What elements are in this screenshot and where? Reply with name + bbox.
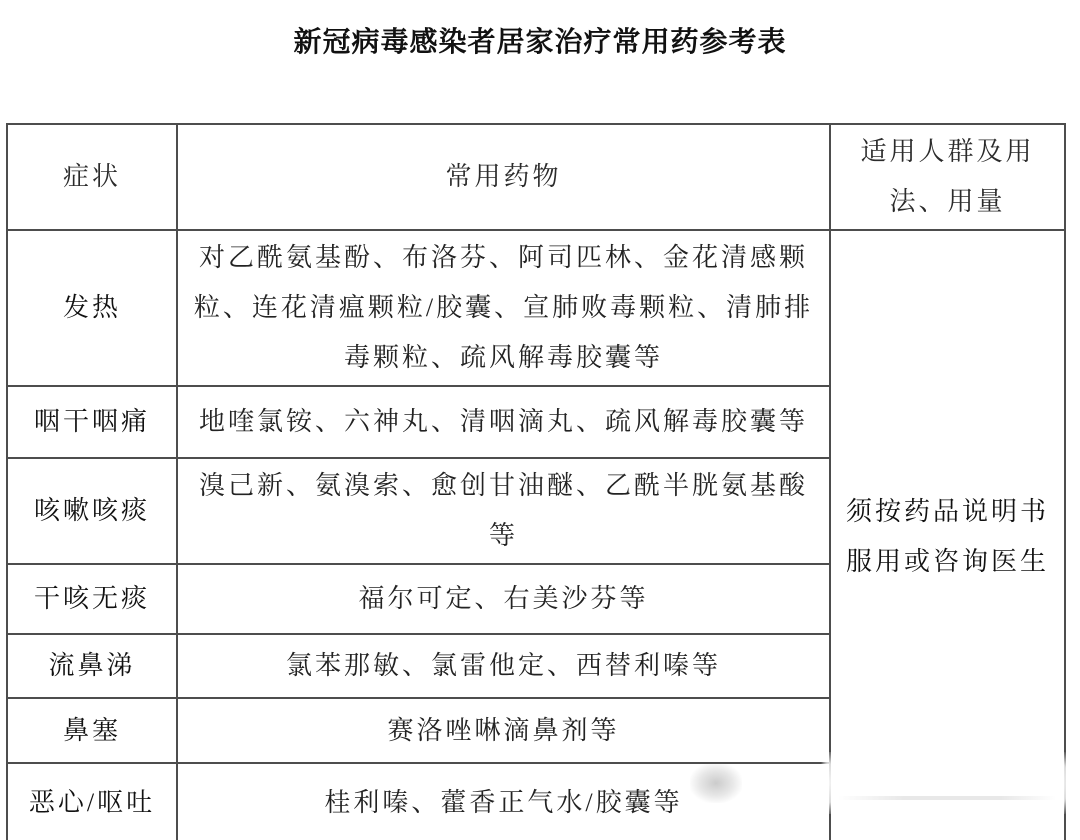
symptom-sore-throat: 咽干咽痛 xyxy=(7,386,177,458)
header-symptom: 症状 xyxy=(7,124,177,230)
medications-nausea-vomit: 桂利嗪、藿香正气水/胶囊等 xyxy=(177,763,830,840)
medications-dry-cough: 福尔可定、右美沙芬等 xyxy=(177,564,830,634)
symptom-stuffy-nose: 鼻塞 xyxy=(7,698,177,763)
document-page: 新冠病毒感染者居家治疗常用药参考表 症状 常用药物 适用人群及用 法、用量 发热… xyxy=(0,0,1080,840)
usage-note-line1: 须按药品说明书 xyxy=(841,487,1054,537)
table-header-row: 症状 常用药物 适用人群及用 法、用量 xyxy=(7,124,1065,230)
symptom-dry-cough: 干咳无痰 xyxy=(7,564,177,634)
page-title: 新冠病毒感染者居家治疗常用药参考表 xyxy=(0,20,1080,60)
medications-cough-phlegm: 溴己新、氨溴索、愈创甘油醚、乙酰半胱氨基酸等 xyxy=(177,458,830,564)
header-medications: 常用药物 xyxy=(177,124,830,230)
symptom-nausea-vomit: 恶心/呕吐 xyxy=(7,763,177,840)
header-usage-line1: 适用人群及用 xyxy=(841,127,1054,177)
medication-reference-table: 症状 常用药物 适用人群及用 法、用量 发热 对乙酰氨基酚、布洛芬、阿司匹林、金… xyxy=(6,123,1066,840)
header-usage-line2: 法、用量 xyxy=(841,177,1054,227)
symptom-fever: 发热 xyxy=(7,230,177,386)
medications-sore-throat: 地喹氯铵、六神丸、清咽滴丸、疏风解毒胶囊等 xyxy=(177,386,830,458)
usage-note-cell: 须按药品说明书 服用或咨询医生 xyxy=(830,230,1065,840)
symptom-cough-phlegm: 咳嗽咳痰 xyxy=(7,458,177,564)
medications-fever: 对乙酰氨基酚、布洛芬、阿司匹林、金花清感颗粒、连花清瘟颗粒/胶囊、宣肺败毒颗粒、… xyxy=(177,230,830,386)
usage-note-line2: 服用或咨询医生 xyxy=(841,537,1054,587)
medications-stuffy-nose: 赛洛唑啉滴鼻剂等 xyxy=(177,698,830,763)
symptom-runny-nose: 流鼻涕 xyxy=(7,634,177,698)
medications-runny-nose: 氯苯那敏、氯雷他定、西替利嗪等 xyxy=(177,634,830,698)
header-usage: 适用人群及用 法、用量 xyxy=(830,124,1065,230)
table-row: 发热 对乙酰氨基酚、布洛芬、阿司匹林、金花清感颗粒、连花清瘟颗粒/胶囊、宣肺败毒… xyxy=(7,230,1065,386)
